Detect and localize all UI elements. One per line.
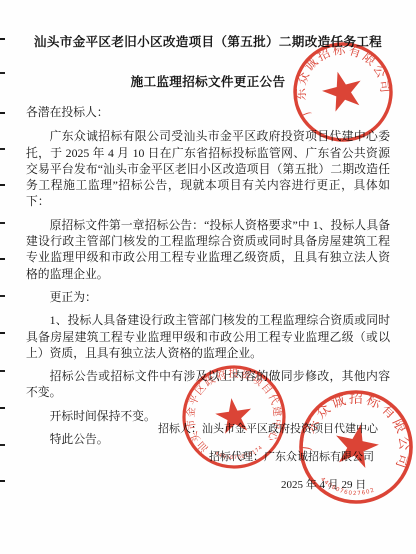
salutation: 各潜在投标人： bbox=[26, 104, 390, 120]
paragraph-correction-label: 更正为： bbox=[26, 289, 390, 305]
document-body: 各潜在投标人： 广东众诚招标有限公司受汕头市金平区政府投资项目代建中心委托，于 … bbox=[26, 104, 390, 454]
paragraph-sync-modification: 招标公告或招标文件中有涉及以上内容的做同步修改，其他内容不变。 bbox=[26, 368, 390, 401]
paragraph-intro: 广东众诚招标有限公司受汕头市金平区政府投资项目代建中心委托，于 2025 年 4… bbox=[26, 128, 390, 209]
paragraph-original-clause: 原招标文件第一章招标公告：“投标人资格要求”中 1、投标人具备建设行政主管部门核… bbox=[26, 217, 390, 282]
correction-notice-document: 汕头市金平区老旧小区改造项目（第五批）二期改造任务工程 施工监理招标文件更正公告… bbox=[0, 0, 416, 554]
document-title-line1: 汕头市金平区老旧小区改造项目（第五批）二期改造任务工程 bbox=[0, 31, 416, 50]
document-title-line2: 施工监理招标文件更正公告 bbox=[0, 71, 416, 90]
paragraph-corrected-clause: 1、投标人具备建设行政主管部门核发的工程监理综合资质或同时具备房屋建筑工程专业监… bbox=[26, 312, 390, 361]
signature-date: 2025 年 4 月 29 日 bbox=[281, 476, 366, 492]
signature-tenderer: 招标人：汕头市金平区政府投资项目代建中心 bbox=[158, 420, 378, 436]
signature-agency: 招标代理：广东众诚招标有限公司 bbox=[209, 448, 374, 464]
